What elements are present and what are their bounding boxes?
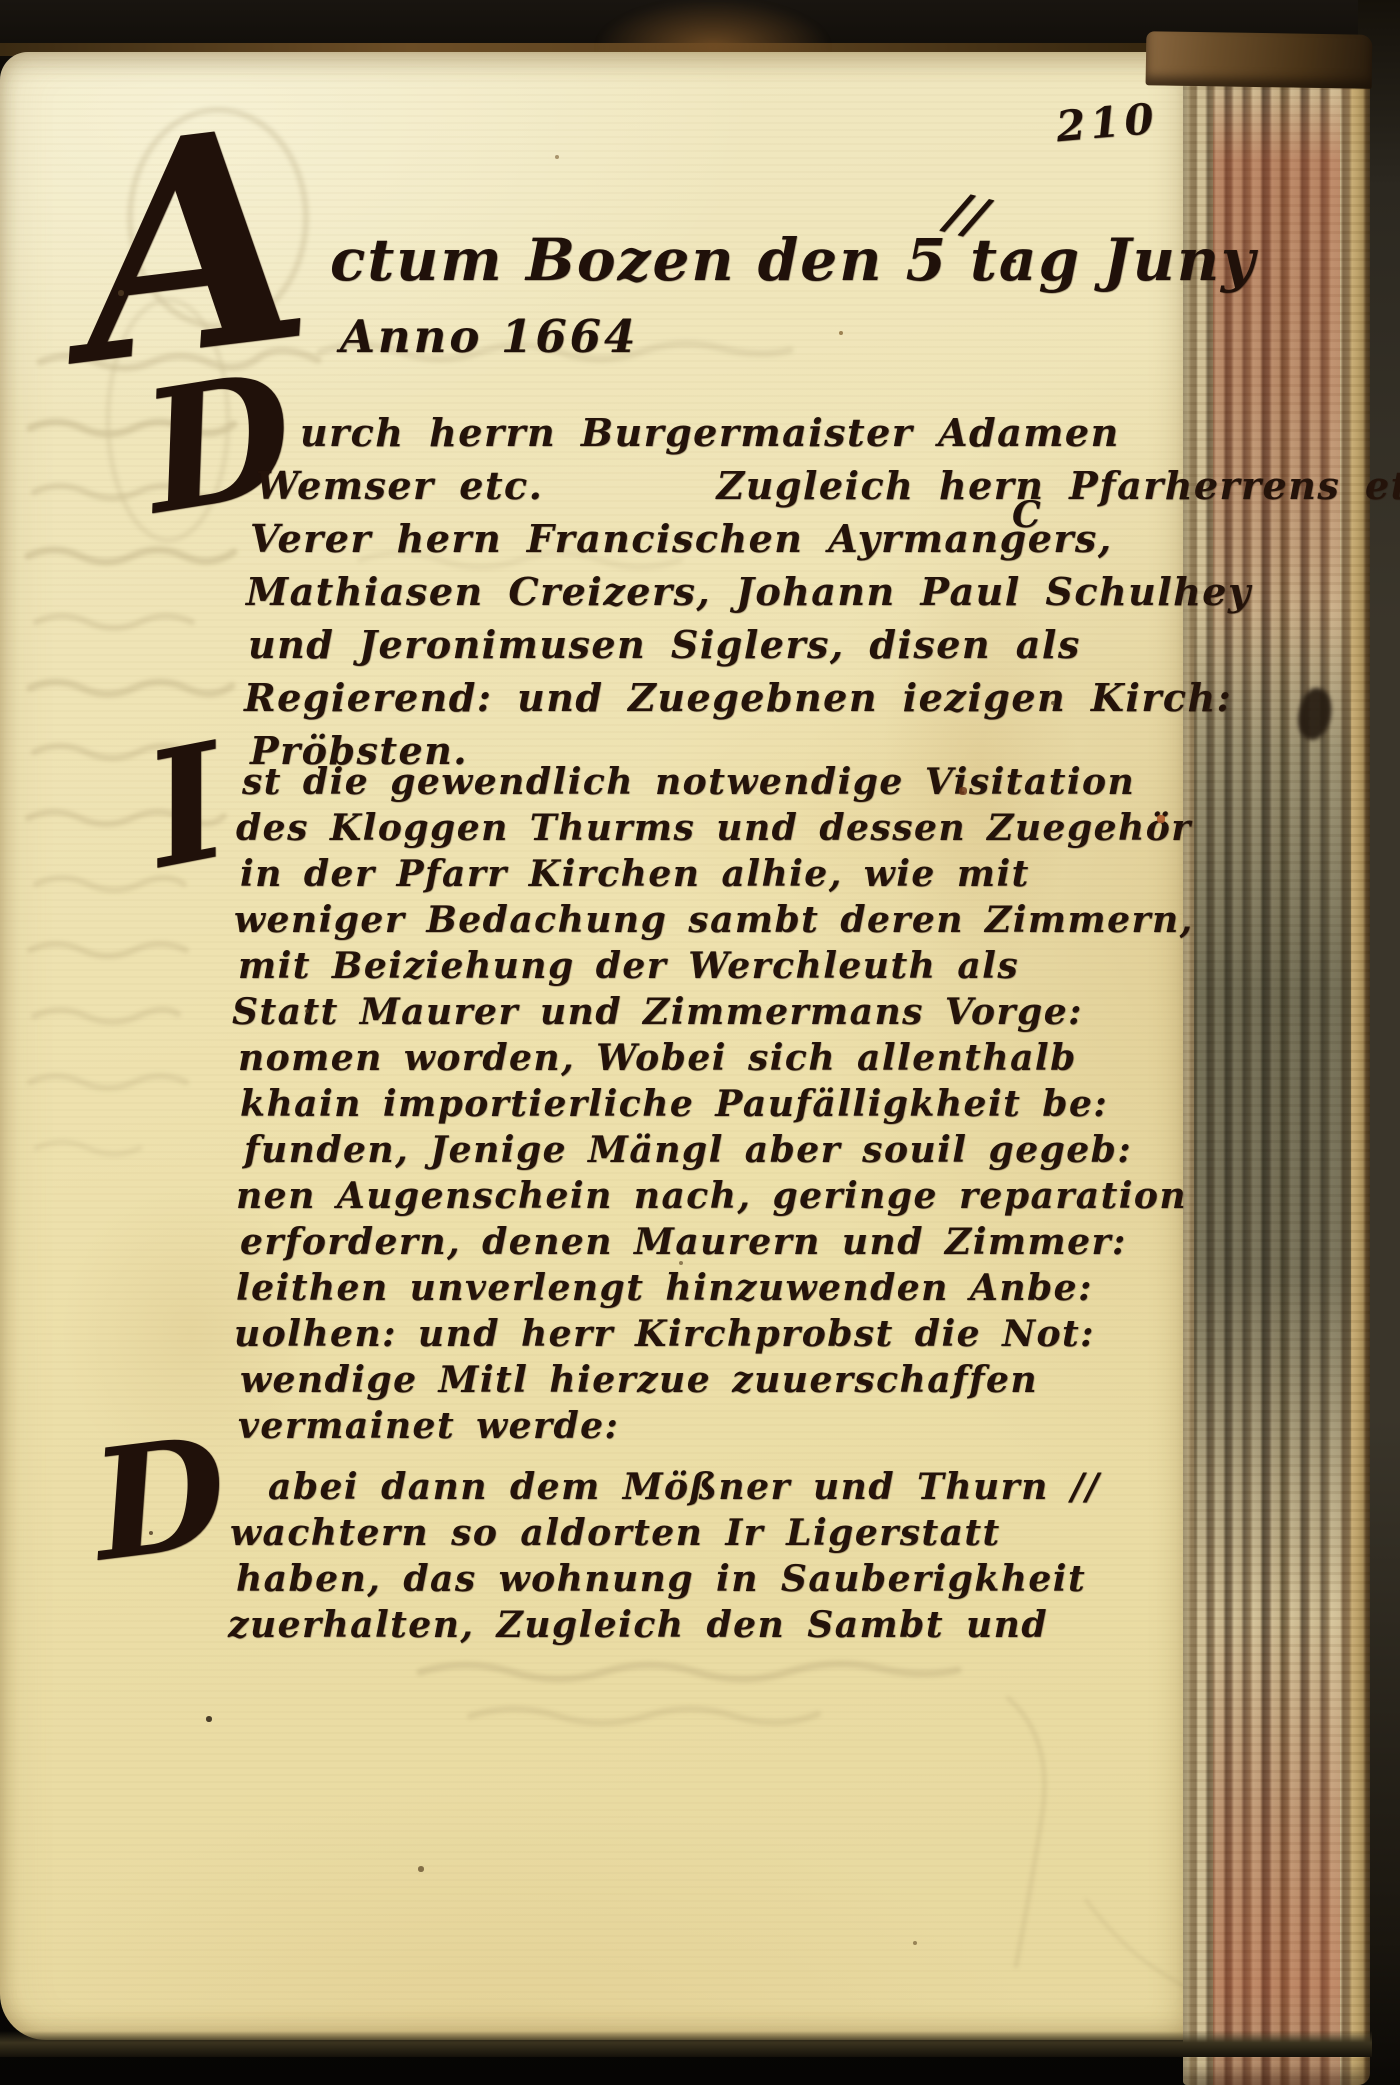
- heading-date: Anno 1664: [340, 310, 638, 363]
- manuscript-line: des Kloggen Thurms und dessen Zuegehör: [236, 807, 1194, 853]
- manuscript-line: Statt Maurer und Zimmermans Vorge:: [232, 991, 1194, 1037]
- margin-etc-mark: C: [1012, 494, 1041, 536]
- paper-specks: [0, 0, 2, 2]
- manuscript-line: abei dann dem Mößner und Thurn //: [268, 1466, 1100, 1512]
- manuscript-line: Verer hern Francischen Ayrmangers,: [250, 516, 1400, 569]
- manuscript-line: wendige Mitl hierzue zuuerschaffen: [240, 1359, 1194, 1405]
- book-fore-edge-pages: [1183, 60, 1370, 2085]
- manuscript-line: Mathiasen Creizers, Johann Paul Schulhey: [246, 569, 1400, 622]
- manuscript-line: und Jeronimusen Siglers, disen als: [248, 622, 1400, 675]
- manuscript-line: Regierend: und Zuegebnen iezigen Kirch:: [244, 675, 1400, 728]
- folio-number: 210: [1054, 94, 1161, 152]
- page-bottom-shadow: [0, 2031, 1372, 2057]
- manuscript-line: leithen unverlengt hinzuwenden Anbe:: [236, 1267, 1194, 1313]
- heading-margin-dash: -: [1004, 236, 1018, 282]
- manuscript-line: mit Beiziehung der Werchleuth als: [238, 945, 1194, 991]
- manuscript-line: vermainet werde:: [238, 1405, 1194, 1451]
- manuscript-line: nen Augenschein nach, geringe reparation: [236, 1175, 1194, 1221]
- manuscript-line: uolhen: und herr Kirchprobst die Not:: [234, 1313, 1194, 1359]
- manuscript-line: funden, Jenige Mängl aber souil gegeb:: [244, 1129, 1194, 1175]
- manuscript-line: erfordern, denen Maurern und Zimmer:: [240, 1221, 1194, 1267]
- paragraph-3: abei dann dem Mößner und Thurn // wachte…: [0, 1466, 1100, 1650]
- manuscript-line: wachtern so aldorten Ir Ligerstatt: [230, 1512, 1100, 1558]
- manuscript-line: weniger Bedachung sambt deren Zimmern,: [234, 899, 1194, 945]
- paragraph-2: st die gewendlich notwendige Visitation …: [0, 761, 1194, 1451]
- manuscript-line: Wemser etc. Zugleich hern Pfarherrens et…: [256, 463, 1400, 516]
- manuscript-line: st die gewendlich notwendige Visitation: [242, 761, 1194, 807]
- manuscript-line: urch herrn Burgermaister Adamen: [300, 410, 1400, 463]
- manuscript-line: zuerhalten, Zugleich den Sambt und: [228, 1604, 1100, 1650]
- manuscript-line: nomen worden, Wobei sich allenthalb: [238, 1037, 1194, 1083]
- paragraph-1: urch herrn Burgermaister Adamen Wemser e…: [0, 410, 1400, 781]
- heading-initial-letter: A: [64, 109, 319, 383]
- manuscript-line: in der Pfarr Kirchen alhie, wie mit: [240, 853, 1194, 899]
- book-head-edge: [1146, 31, 1373, 89]
- manuscript-line: haben, das wohnung in Sauberigkheit: [236, 1558, 1100, 1604]
- heading-title: ctum Bozen den 5 tag Juny: [330, 226, 1257, 294]
- manuscript-line: khain importierliche Paufälligkheit be:: [240, 1083, 1194, 1129]
- manuscript-photo: 210 A ctum Bozen den 5 tag Juny // - Ann…: [0, 0, 1400, 2085]
